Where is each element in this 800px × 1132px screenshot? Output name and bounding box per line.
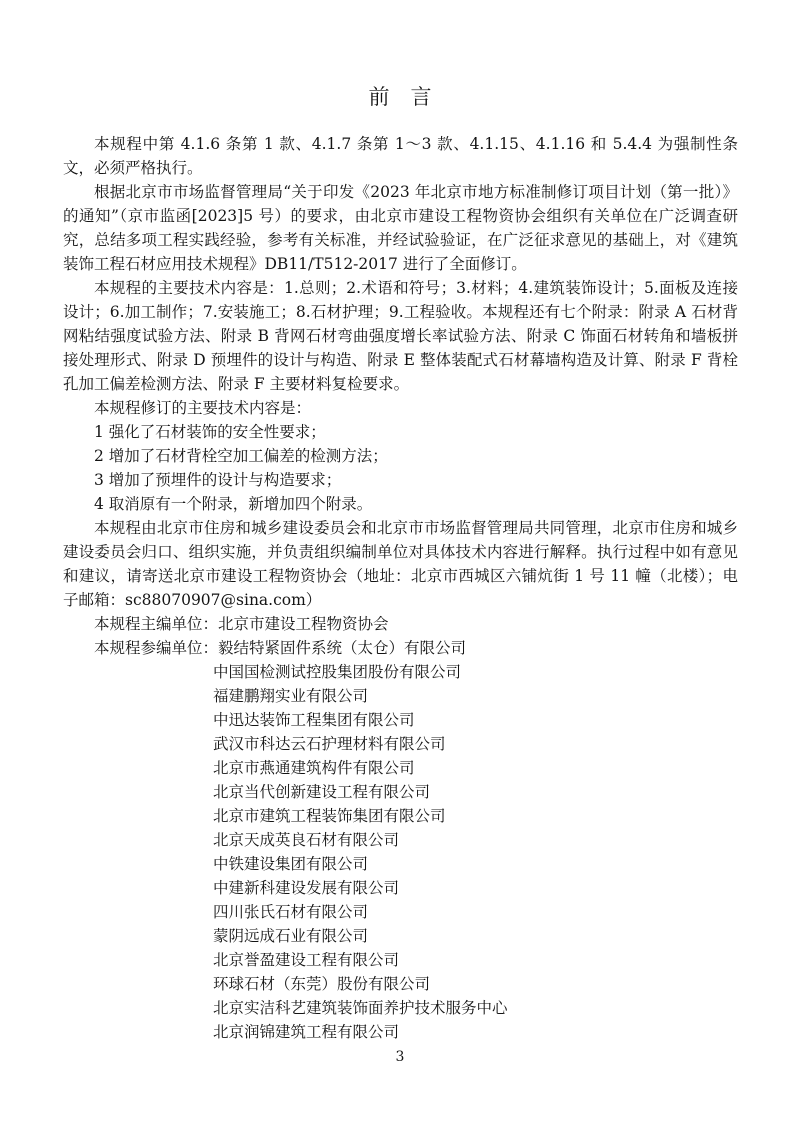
- participant-unit: 北京誉盈建设工程有限公司: [213, 948, 738, 972]
- chief-editor-line: 本规程主编单位：北京市建设工程物资协会: [63, 612, 738, 636]
- chief-editor-value: 北京市建设工程物资协会: [218, 615, 389, 633]
- revision-item: 4 取消原有一个附录，新增加四个附录。: [63, 492, 738, 516]
- revision-item: 3 增加了预埋件的设计与构造要求；: [63, 468, 738, 492]
- page-number: 3: [0, 1047, 800, 1067]
- paragraph: 根据北京市市场监督管理局“关于印发《2023 年北京市地方标准制修订项目计划（第…: [63, 180, 738, 276]
- paragraph: 本规程的主要技术内容是：1.总则；2.术语和符号；3.材料；4.建筑装饰设计；5…: [63, 276, 738, 396]
- participant-units: 中国国检测试控股集团股份有限公司福建鹏翔实业有限公司中迅达装饰工程集团有限公司武…: [63, 660, 738, 1044]
- revision-item: 1 强化了石材装饰的安全性要求；: [63, 420, 738, 444]
- participant-unit: 中铁建设集团有限公司: [213, 852, 738, 876]
- management-paragraph: 本规程由北京市住房和城乡建设委员会和北京市市场监督管理局共同管理，北京市住房和城…: [63, 516, 738, 612]
- page-title: 前 言: [0, 0, 800, 110]
- participant-unit: 北京市燕通建筑构件有限公司: [213, 756, 738, 780]
- chief-editor-label: 本规程主编单位：: [94, 615, 218, 633]
- participant-unit: 北京天成英良石材有限公司: [213, 828, 738, 852]
- participant-unit: 福建鹏翔实业有限公司: [213, 684, 738, 708]
- participant-unit: 北京市建筑工程装饰集团有限公司: [213, 804, 738, 828]
- participant-unit: 北京润锦建筑工程有限公司: [213, 1020, 738, 1044]
- participant-unit: 北京实洁科艺建筑装饰面养护技术服务中心: [213, 996, 738, 1020]
- revision-item: 2 增加了石材背栓空加工偏差的检测方法；: [63, 444, 738, 468]
- participant-unit: 中国国检测试控股集团股份有限公司: [213, 660, 738, 684]
- participant-unit: 四川张氏石材有限公司: [213, 900, 738, 924]
- participant-unit: 武汉市科达云石护理材料有限公司: [213, 732, 738, 756]
- participant-unit: 北京当代创新建设工程有限公司: [213, 780, 738, 804]
- revision-items: 1 强化了石材装饰的安全性要求；2 增加了石材背栓空加工偏差的检测方法；3 增加…: [63, 420, 738, 516]
- revision-intro: 本规程修订的主要技术内容是：: [63, 396, 738, 420]
- intro-paragraphs: 本规程中第 4.1.6 条第 1 款、4.1.7 条第 1～3 款、4.1.15…: [63, 132, 738, 396]
- participant-unit: 环球石材（东莞）股份有限公司: [213, 972, 738, 996]
- participant-unit: 毅结特紧固件系统（太仓）有限公司: [218, 639, 466, 657]
- participant-unit: 蒙阴远成石业有限公司: [213, 924, 738, 948]
- participants-first-line: 本规程参编单位：毅结特紧固件系统（太仓）有限公司: [63, 636, 738, 660]
- participant-unit: 中建新科建设发展有限公司: [213, 876, 738, 900]
- participants-label: 本规程参编单位：: [94, 639, 218, 657]
- document-body: 本规程中第 4.1.6 条第 1 款、4.1.7 条第 1～3 款、4.1.15…: [63, 132, 738, 1044]
- participant-unit: 中迅达装饰工程集团有限公司: [213, 708, 738, 732]
- document-page: 前 言 本规程中第 4.1.6 条第 1 款、4.1.7 条第 1～3 款、4.…: [0, 0, 800, 1132]
- paragraph: 本规程中第 4.1.6 条第 1 款、4.1.7 条第 1～3 款、4.1.15…: [63, 132, 738, 180]
